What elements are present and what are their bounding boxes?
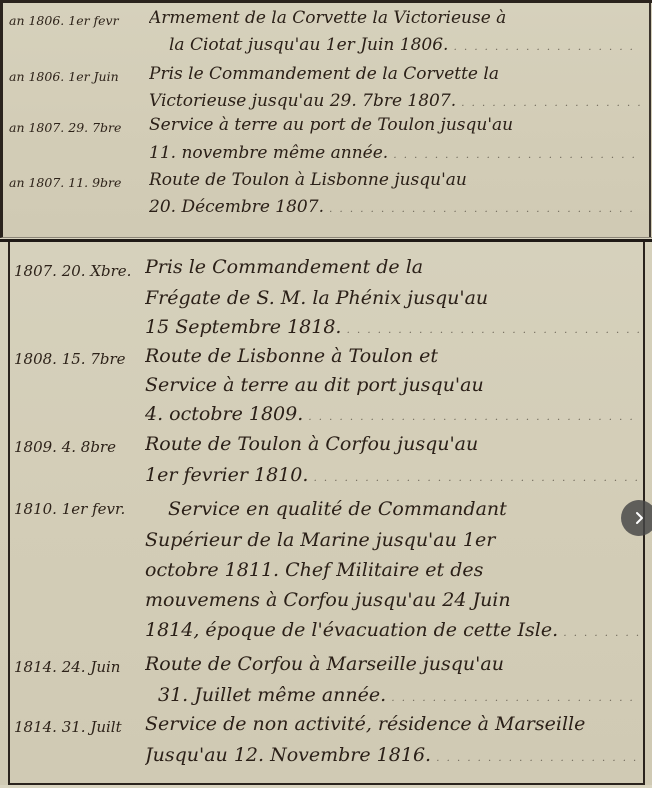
entry-line: Victorieuse jusqu'au 29. 7bre 1807.	[149, 91, 640, 111]
chevron-right-icon	[632, 511, 646, 525]
entry-line: Frégate de S. M. la Phénix jusqu'au	[145, 287, 640, 309]
entry-line: la Ciotat jusqu'au 1er Juin 1806.	[169, 35, 640, 55]
entry-date: 1814. 24. Juin	[14, 658, 120, 676]
entry-date: 1809. 4. 8bre	[14, 438, 116, 456]
page-rule-bottom	[8, 783, 645, 785]
entry-date: 1810. 1er fevr.	[14, 500, 125, 518]
entry-line: Armement de la Corvette la Victorieuse à	[149, 8, 640, 28]
entry-date: 1807. 20. Xbre.	[14, 262, 131, 280]
entry-line: Route de Lisbonne à Toulon et	[145, 345, 640, 367]
entry-line: Service en qualité de Commandant	[168, 498, 640, 520]
entry-line: 1814, époque de l'évacuation de cette Is…	[145, 619, 640, 641]
entry-line: 11. novembre même année.	[149, 143, 640, 163]
entry-date: 1808. 15. 7bre	[14, 350, 126, 368]
entry-line: Route de Toulon à Lisbonne jusqu'au	[149, 170, 640, 190]
entry-line: Supérieur de la Marine jusqu'au 1er	[145, 529, 640, 551]
entry-line: 31. Juillet même année.	[158, 684, 640, 706]
entry-line: Pris le Commandement de la	[145, 256, 640, 278]
entry-date: an 1807. 29. 7bre	[9, 120, 121, 135]
entry-line: Route de Toulon à Corfou jusqu'au	[145, 433, 640, 455]
entry-line: Route de Corfou à Marseille jusqu'au	[145, 653, 640, 675]
entry-line: mouvemens à Corfou jusqu'au 24 Juin	[145, 589, 640, 611]
next-image-button[interactable]	[621, 500, 652, 536]
entry-line: 15 Septembre 1818.	[145, 316, 640, 338]
document-scan-top: an 1806. 1er fevr Armement de la Corvett…	[0, 0, 652, 238]
entry-line: 20. Décembre 1807.	[149, 197, 640, 217]
entry-line: Service de non activité, résidence à Mar…	[145, 713, 640, 735]
entry-line: Pris le Commandement de la Corvette la	[149, 64, 640, 84]
document-scan-bottom: 1807. 20. Xbre. Pris le Commandement de …	[0, 239, 652, 785]
page-rule-left	[8, 242, 10, 785]
entry-date: 1814. 31. Juilt	[14, 718, 122, 736]
entry-line: Jusqu'au 12. Novembre 1816.	[145, 744, 640, 766]
entry-date: an 1806. 1er Juin	[9, 69, 119, 84]
entry-date: an 1807. 11. 9bre	[9, 175, 121, 190]
entry-line: 1er fevrier 1810.	[145, 464, 640, 486]
entry-line: octobre 1811. Chef Militaire et des	[145, 559, 640, 581]
entry-line: Service à terre au port de Toulon jusqu'…	[149, 115, 640, 135]
page-edge	[649, 3, 651, 237]
entry-line: Service à terre au dit port jusqu'au	[145, 374, 640, 396]
entry-line: 4. octobre 1809.	[145, 403, 640, 425]
entry-date: an 1806. 1er fevr	[9, 13, 119, 28]
